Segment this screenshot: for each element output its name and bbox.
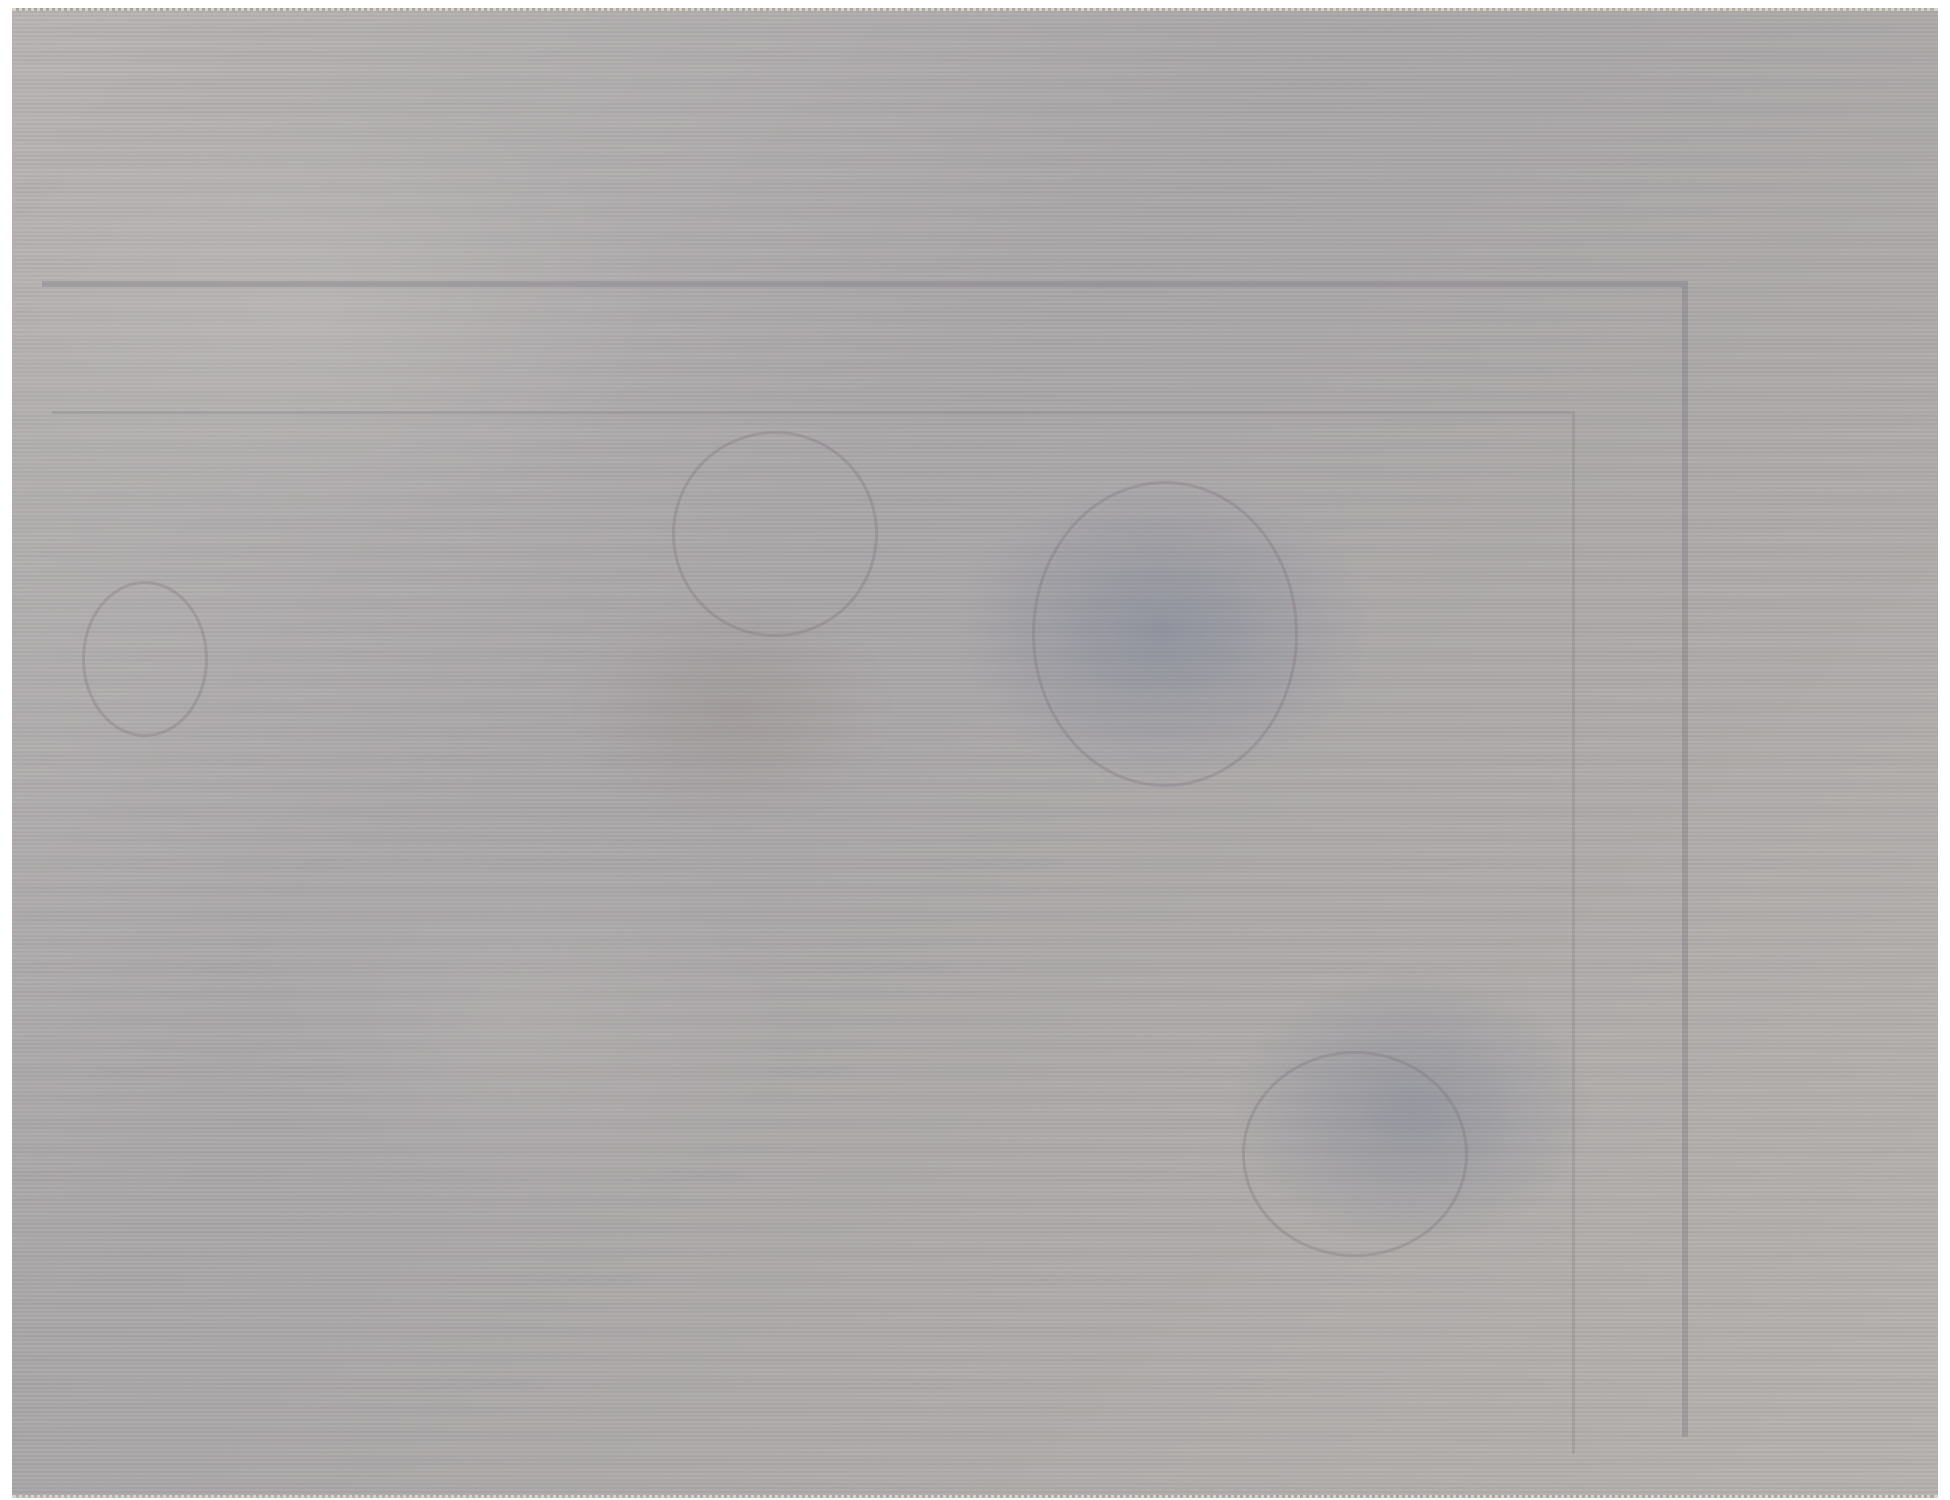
floral-motif <box>672 431 878 637</box>
rug-photo <box>12 8 1938 1498</box>
floral-motif <box>82 581 208 737</box>
floral-motif <box>1242 1051 1468 1257</box>
medallion-motif <box>1032 481 1298 787</box>
